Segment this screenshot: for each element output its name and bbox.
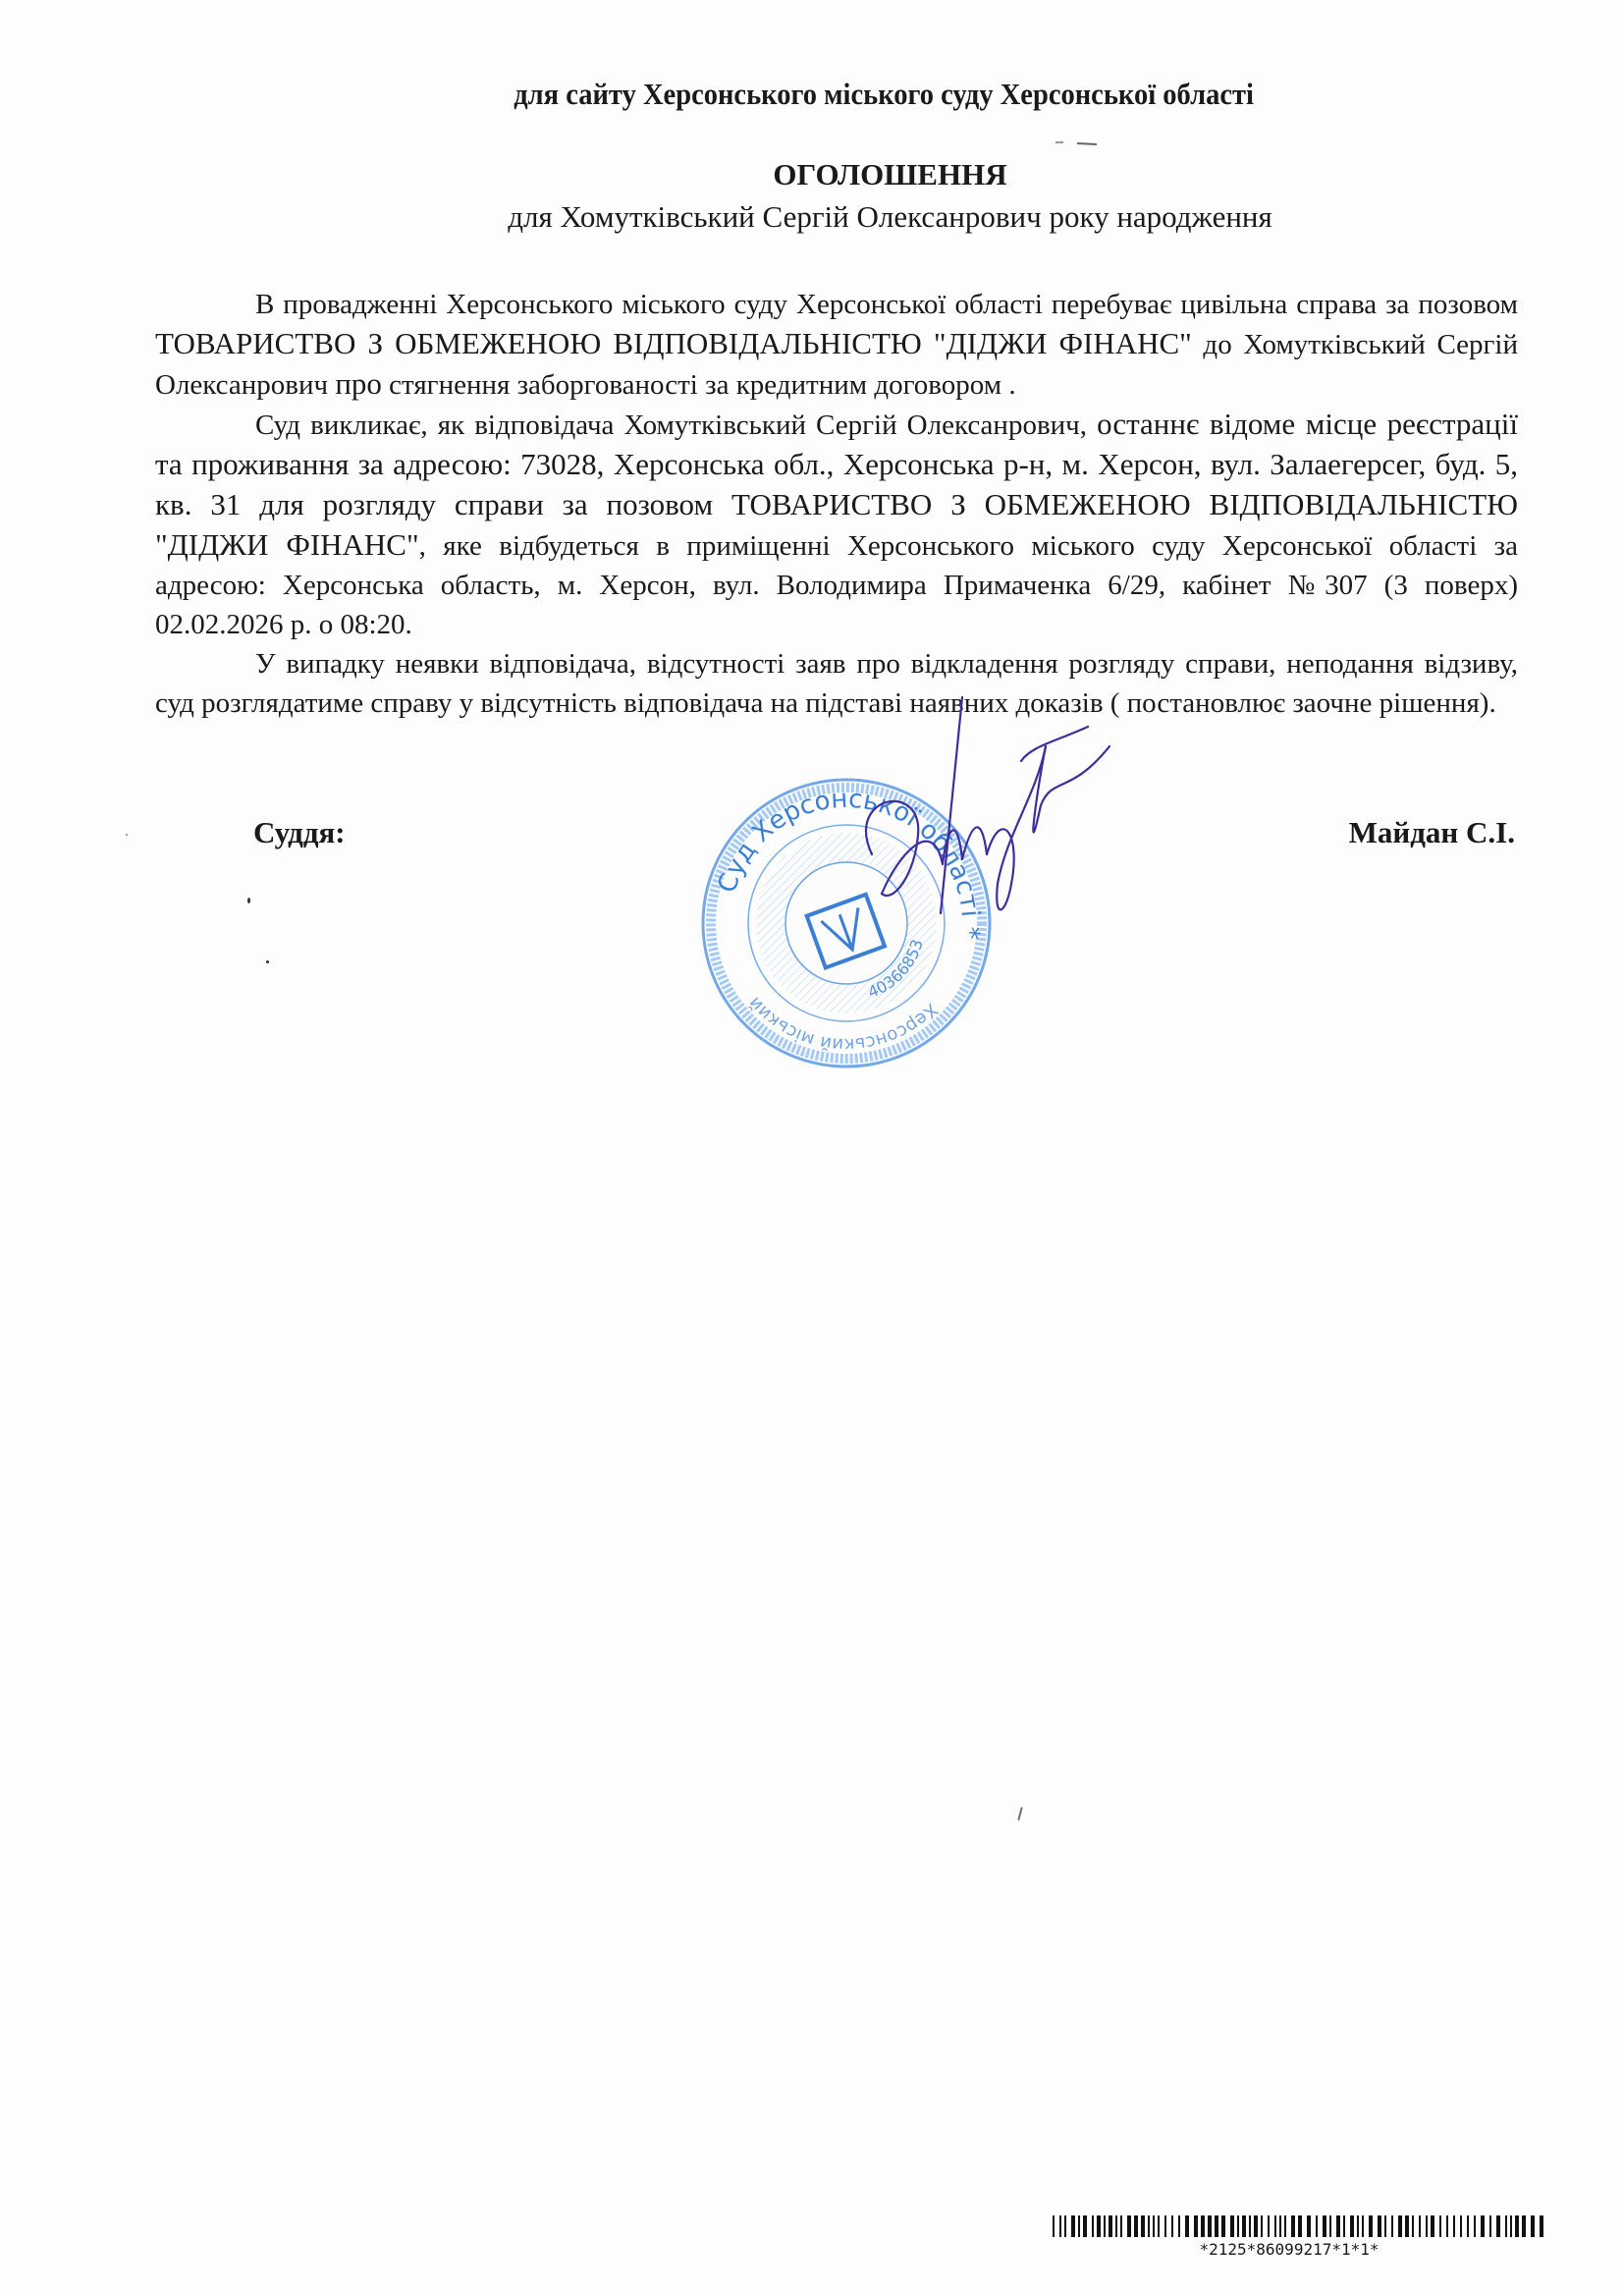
paragraph-text: Суд викликає, як відповідача Хомутківськ… [255, 410, 1097, 441]
paragraph-text: про [335, 366, 382, 401]
document-barcode: *2125*86099217*1*1* [1053, 2215, 1555, 2259]
scan-speck [1017, 1807, 1023, 1821]
document-subtitle: для Хомутківський Сергій Олексанрович ро… [0, 199, 1623, 235]
document-header: для сайту Херсонського міського суду Хер… [65, 77, 1558, 112]
paragraph-text: стягнення заборгованості за кредитним до… [382, 369, 1016, 401]
plaintiff-name: ТОВАРИСТВО З ОБМЕЖЕНОЮ ВІДПОВІДАЛЬНІСТЮ … [155, 326, 1192, 360]
scan-speck [247, 898, 250, 903]
document-body: В провадженні Херсонського міського суду… [155, 285, 1518, 723]
paragraph-summons: Суд викликає, як відповідача Хомутківськ… [155, 405, 1518, 644]
paragraph-case: В провадженні Херсонського міського суду… [155, 285, 1518, 405]
judge-signature-icon [825, 687, 1178, 933]
judge-label: Суддя: [253, 815, 346, 850]
document-page: для сайту Херсонського міського суду Хер… [0, 0, 1623, 2296]
scan-speck [266, 960, 269, 963]
judge-name: Майдан С.І. [1349, 815, 1515, 850]
stray-mark [1055, 141, 1105, 145]
barcode-bars [1053, 2215, 1555, 2237]
document-title: ОГОЛОШЕННЯ [0, 157, 1623, 192]
paragraph-text: В провадженні Херсонського міського суду… [255, 289, 1518, 320]
barcode-number: *2125*86099217*1*1* [1053, 2240, 1555, 2259]
scan-speck [126, 834, 128, 836]
